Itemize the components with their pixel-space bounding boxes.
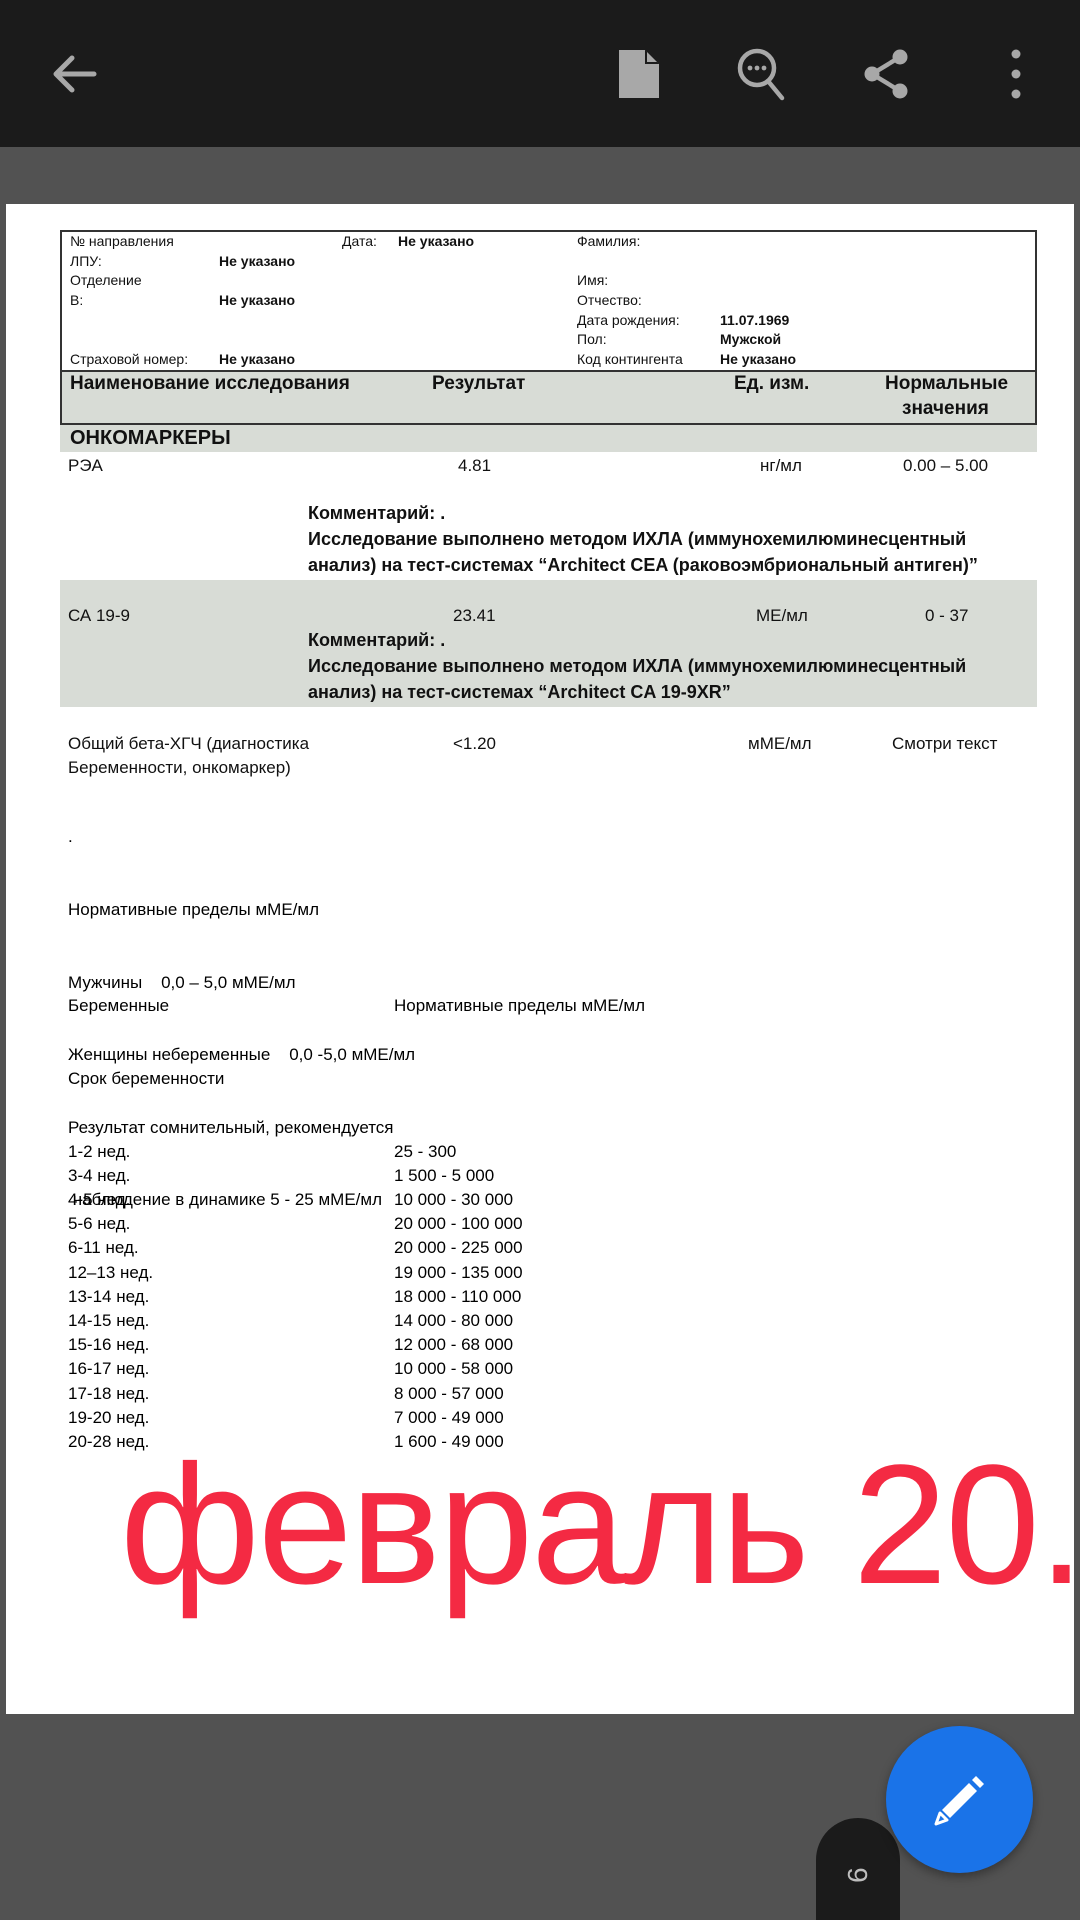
- pregnancy-term: 3-4 нед.: [68, 1164, 224, 1188]
- share-icon: [860, 48, 912, 100]
- pregnancy-ranges: 25 - 3001 500 - 5 00010 000 - 30 00020 0…: [394, 1140, 645, 1455]
- pregnancy-range: 14 000 - 80 000: [394, 1309, 645, 1333]
- back-button[interactable]: [40, 40, 108, 108]
- pregnancy-range: 10 000 - 58 000: [394, 1357, 645, 1381]
- pregnancy-range: 8 000 - 57 000: [394, 1382, 645, 1406]
- v-label: В:: [70, 292, 83, 308]
- column-header-name: Наименование исследования: [70, 373, 350, 395]
- pregnancy-ranges-column: Нормативные пределы мМЕ/мл 25 - 3001 500…: [394, 946, 645, 1478]
- share-button[interactable]: [852, 40, 920, 108]
- pregnancy-term: 1-2 нед.: [68, 1140, 224, 1164]
- sex-label: Пол:: [577, 331, 607, 347]
- table-row: Общий бета-ХГЧ (диагностика Беременности…: [60, 707, 1037, 767]
- patronymic-label: Отчество:: [577, 292, 642, 308]
- results-table-header: Наименование исследования Результат Ед. …: [60, 370, 1037, 425]
- pregnancy-terms: 1-2 нед.3-4 нед.4-5 нед.5-6 нед.6-11 нед…: [68, 1140, 224, 1455]
- search-in-document-icon: [734, 46, 790, 102]
- pregnancy-range: 20 000 - 225 000: [394, 1236, 645, 1260]
- pregnancy-range: 25 - 300: [394, 1140, 645, 1164]
- dob-value: 11.07.1969: [720, 312, 789, 328]
- test-name-line2: Беременности, онкомаркер): [68, 758, 291, 778]
- test-unit: нг/мл: [760, 456, 802, 476]
- test-unit: МЕ/мл: [756, 606, 808, 626]
- v-value: Не указано: [219, 292, 295, 308]
- surname-label: Фамилия:: [577, 233, 640, 249]
- test-result: 23.41: [453, 606, 496, 626]
- comment-line: анализ) на тест-системах “Architect CEA …: [308, 552, 978, 578]
- test-name: РЭА: [68, 456, 103, 476]
- edit-pencil-icon: [930, 1770, 990, 1830]
- date-label: Дата:: [342, 233, 377, 249]
- test-comment: Комментарий: . Исследование выполнено ме…: [308, 627, 966, 705]
- more-options-button[interactable]: [982, 40, 1050, 108]
- pregnancy-header: Беременные: [68, 994, 224, 1018]
- name-label: Имя:: [577, 272, 608, 288]
- pregnancy-term: 17-18 нед.: [68, 1382, 224, 1406]
- comment-label: Комментарий: .: [308, 627, 966, 653]
- page-number: 9: [843, 1867, 873, 1883]
- lpu-label: ЛПУ:: [70, 253, 102, 269]
- pregnancy-range: 19 000 - 135 000: [394, 1261, 645, 1285]
- more-vert-icon: [1008, 48, 1024, 100]
- pregnancy-term: 14-15 нед.: [68, 1309, 224, 1333]
- comment-line: Исследование выполнено методом ИХЛА (имм…: [308, 653, 966, 679]
- pregnancy-term: 12–13 нед.: [68, 1261, 224, 1285]
- edit-fab-button[interactable]: [886, 1726, 1033, 1873]
- comment-line: анализ) на тест-системах “Architect CA 1…: [308, 679, 966, 705]
- table-row: СА 19-9 23.41 МЕ/мл 0 - 37 Комментарий: …: [60, 580, 1037, 707]
- test-name-line1: Общий бета-ХГЧ (диагностика: [68, 734, 309, 754]
- test-result: <1.20: [453, 734, 496, 754]
- top-app-bar: [0, 0, 1080, 147]
- pregnancy-ranges-header: Нормативные пределы мМЕ/мл: [394, 994, 645, 1018]
- lpu-value: Не указано: [219, 253, 295, 269]
- test-normal-range: 0.00 – 5.00: [903, 456, 988, 476]
- comment-line: Исследование выполнено методом ИХЛА (имм…: [308, 526, 978, 552]
- lab-report: № направления Дата: Не указано Фамилия: …: [60, 230, 1037, 767]
- pregnancy-terms-column: Беременные Срок беременности 1-2 нед.3-4…: [68, 946, 224, 1478]
- section-title: ОНКОМАРКЕРЫ: [70, 427, 231, 450]
- test-normal-range: 0 - 37: [925, 606, 968, 626]
- pregnancy-range: 1 500 - 5 000: [394, 1164, 645, 1188]
- document-info-button[interactable]: [605, 40, 673, 108]
- contingent-label: Код контингента: [577, 351, 683, 367]
- test-name: СА 19-9: [68, 606, 130, 626]
- pregnancy-subheader: Срок беременности: [68, 1067, 224, 1091]
- insurance-label: Страховой номер:: [70, 351, 188, 367]
- column-header-normal-line1: Нормальные: [885, 373, 1008, 395]
- sex-value: Мужской: [720, 331, 781, 347]
- document-icon: [617, 48, 661, 100]
- pregnancy-term: 16-17 нед.: [68, 1357, 224, 1381]
- pregnancy-range: 18 000 - 110 000: [394, 1285, 645, 1309]
- note-line: .: [68, 825, 415, 849]
- department-label: Отделение: [70, 272, 142, 288]
- column-header-result: Результат: [432, 373, 525, 395]
- test-unit: мМЕ/мл: [748, 734, 812, 754]
- pregnancy-term: 5-6 нед.: [68, 1212, 224, 1236]
- pregnancy-term: 15-16 нед.: [68, 1333, 224, 1357]
- pregnancy-term: 6-11 нед.: [68, 1236, 224, 1260]
- arrow-left-icon: [46, 46, 102, 102]
- section-oncomarkers: ОНКОМАРКЕРЫ: [60, 425, 1037, 452]
- handwritten-annotation: февраль 20.: [120, 1440, 1080, 1610]
- comment-label: Комментарий: .: [308, 500, 978, 526]
- pregnancy-term: 13-14 нед.: [68, 1285, 224, 1309]
- date-value: Не указано: [398, 233, 474, 249]
- note-line: Нормативные пределы мМЕ/мл: [68, 898, 415, 922]
- table-row: РЭА 4.81 нг/мл 0.00 – 5.00 Комментарий: …: [60, 452, 1037, 580]
- dob-label: Дата рождения:: [577, 312, 680, 328]
- pregnancy-term: 19-20 нед.: [68, 1406, 224, 1430]
- pregnancy-range: 7 000 - 49 000: [394, 1406, 645, 1430]
- test-comment: Комментарий: . Исследование выполнено ме…: [308, 500, 978, 578]
- pregnancy-term: 4-5 нед.: [68, 1188, 224, 1212]
- referral-number-label: № направления: [70, 233, 174, 249]
- column-header-unit: Ед. изм.: [734, 373, 809, 395]
- test-normal-range: Смотри текст: [892, 734, 997, 754]
- test-result: 4.81: [458, 456, 491, 476]
- pregnancy-range: 10 000 - 30 000: [394, 1188, 645, 1212]
- page-indicator[interactable]: 9: [816, 1818, 900, 1920]
- pregnancy-range: 12 000 - 68 000: [394, 1333, 645, 1357]
- contingent-value: Не указано: [720, 351, 796, 367]
- column-header-normal-line2: значения: [902, 398, 989, 420]
- insurance-value: Не указано: [219, 351, 295, 367]
- pregnancy-range: 20 000 - 100 000: [394, 1212, 645, 1236]
- patient-info-box: № направления Дата: Не указано Фамилия: …: [60, 230, 1037, 370]
- search-in-document-button[interactable]: [728, 40, 796, 108]
